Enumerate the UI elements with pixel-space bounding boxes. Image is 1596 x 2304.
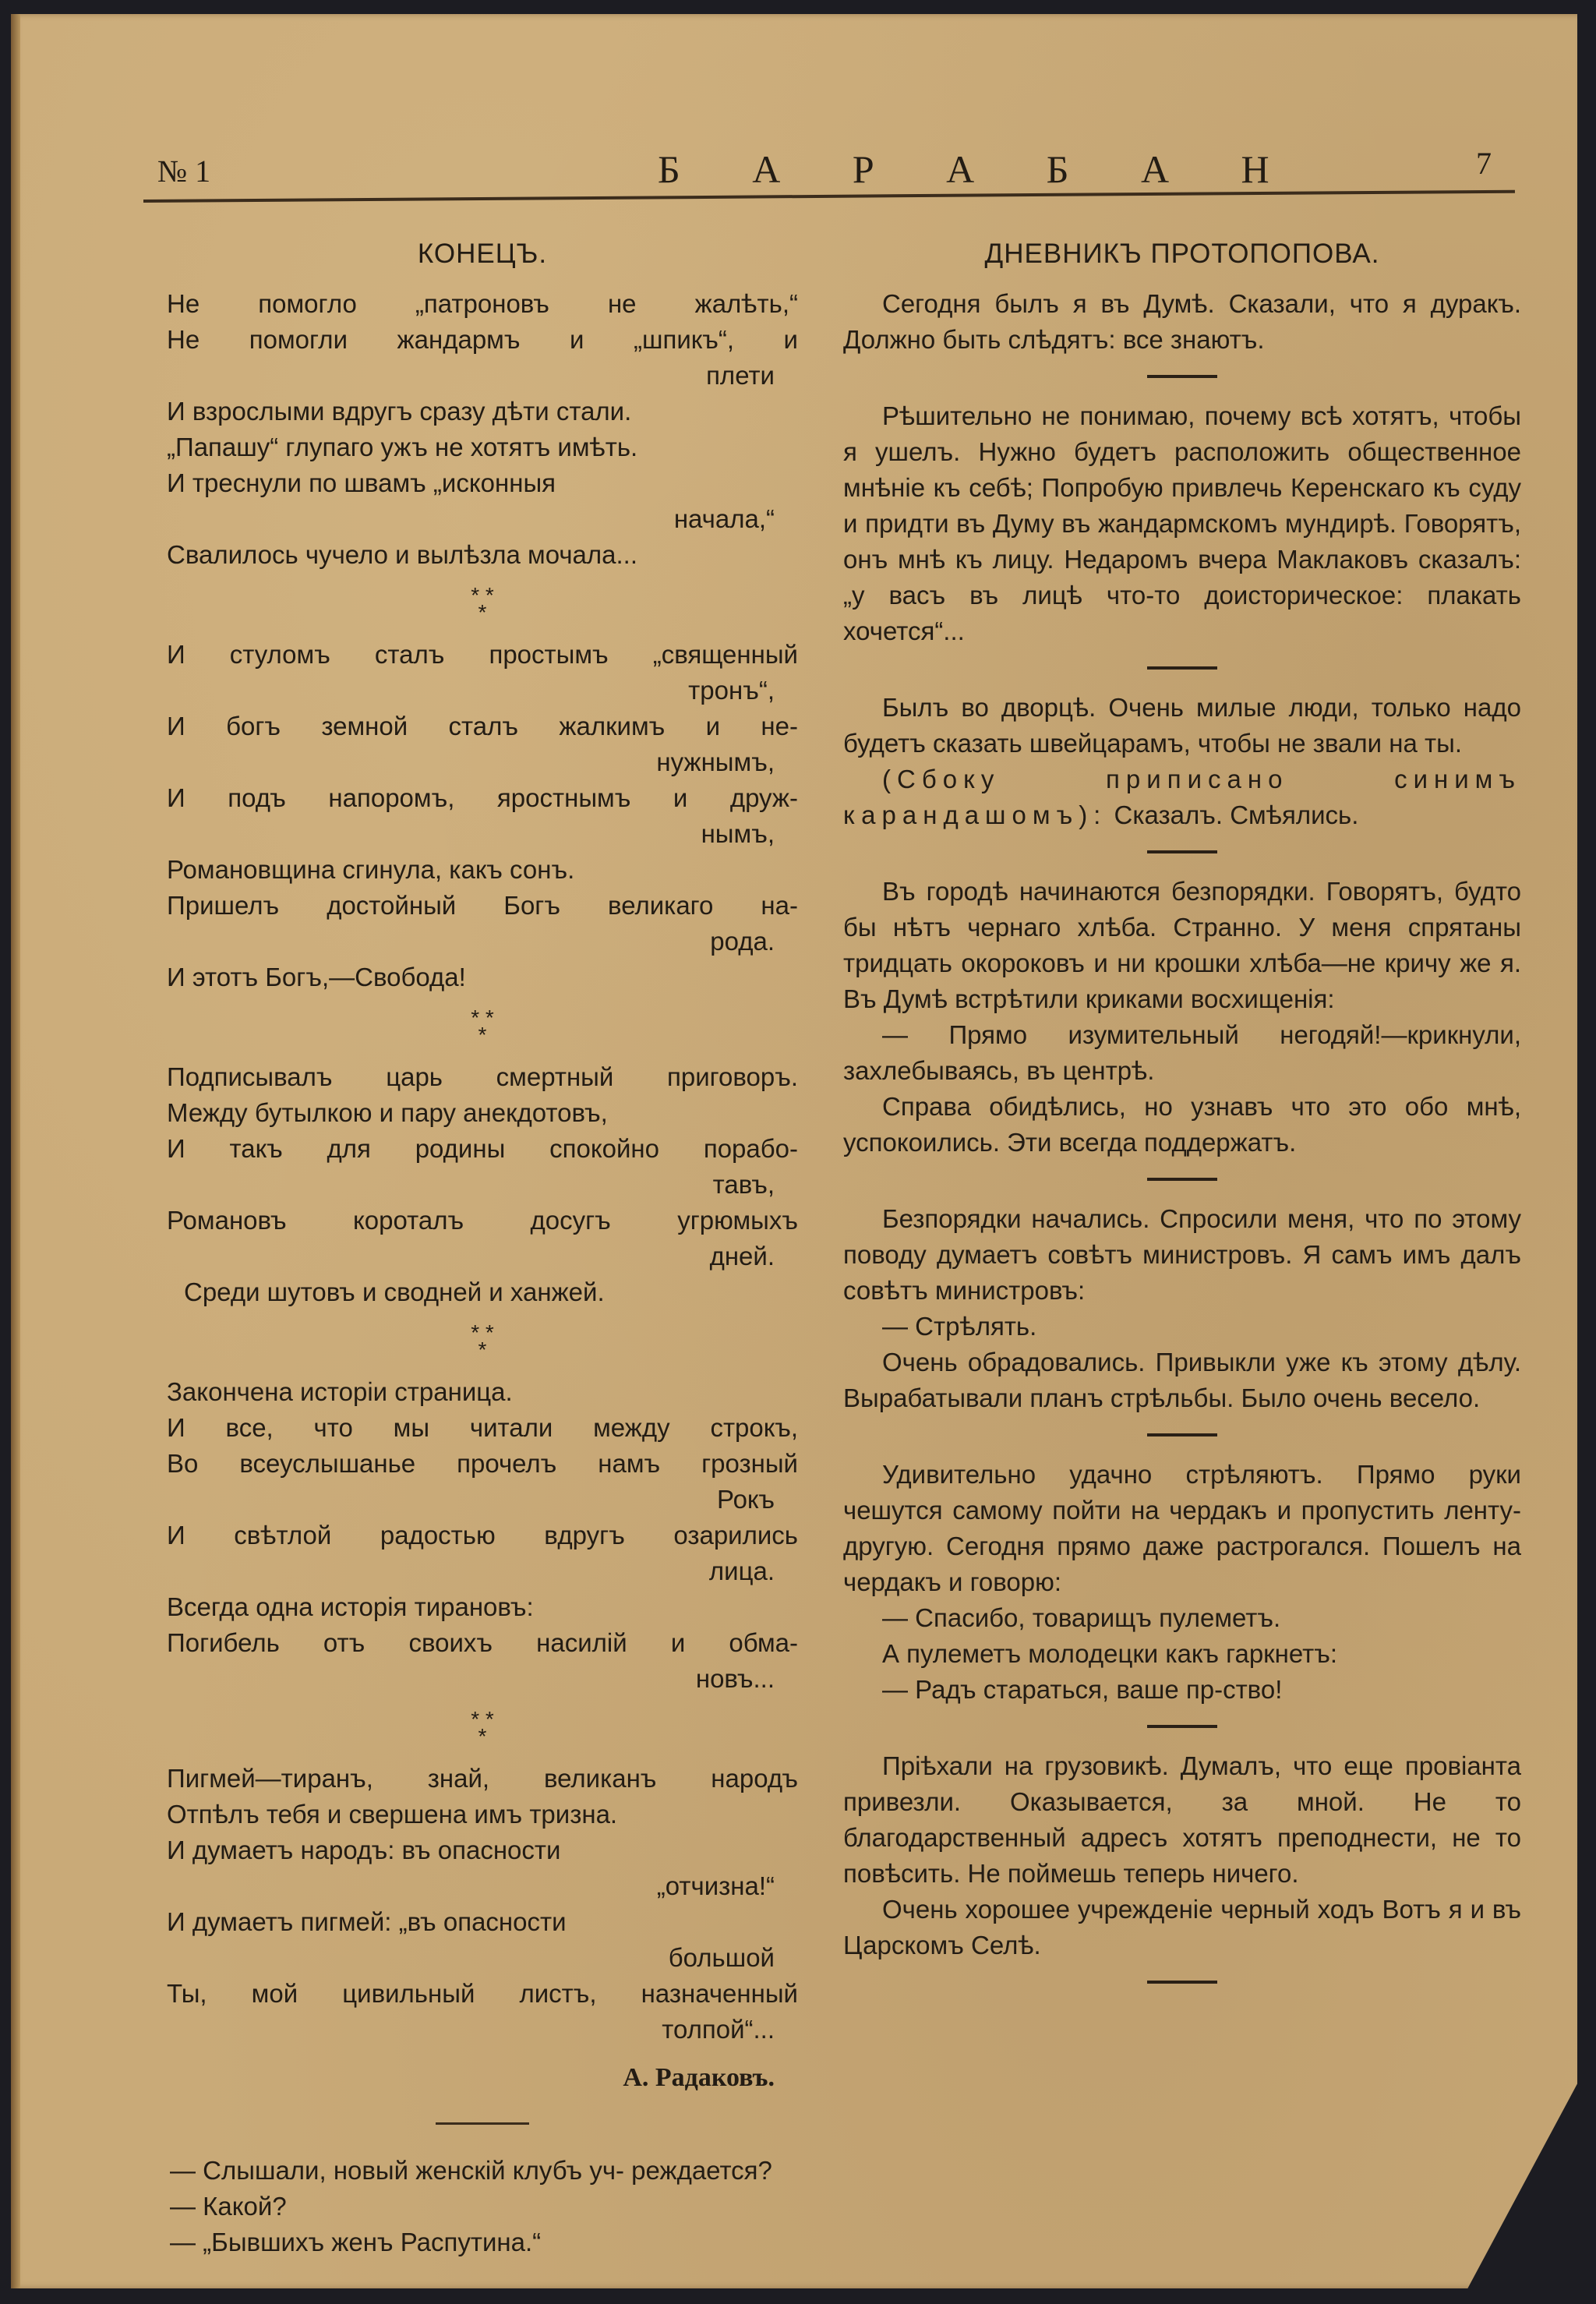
diary-title: ДНЕВНИКЪ ПРОТОПОПОВА. — [843, 236, 1521, 272]
diary-note: (Сбоку приписано синимъ карандашомъ): Ск… — [843, 762, 1521, 833]
poem-line-continuation: нужнымъ, — [167, 744, 798, 780]
poem-line: И такъ для родины спокойно порабо- — [167, 1131, 798, 1167]
diary-paragraph: — Прямо изумительный негодяй!—крикнули, … — [843, 1017, 1521, 1089]
poem-line: Во всеуслышанье прочелъ намъ грозный — [167, 1446, 798, 1482]
issue-number: № 1 — [157, 153, 210, 189]
poem-line-continuation: тронъ“, — [167, 673, 798, 709]
note-tail: Сказалъ. Смѣялись. — [1107, 800, 1358, 829]
poem-line-continuation: тавъ, — [167, 1167, 798, 1203]
diary-paragraph: Былъ во дворцѣ. Очень милые люди, только… — [843, 690, 1521, 762]
entry-divider — [1147, 1725, 1217, 1728]
poem-line: Пигмей—тиранъ, знай, великанъ народъ — [167, 1761, 798, 1797]
entry-divider — [1147, 1981, 1217, 1984]
poem-line: Ты, мой цивильный листъ, назначенный — [167, 1976, 798, 2012]
poem-line: Романовъ короталъ досугъ угрюмыхъ — [167, 1203, 798, 1239]
poem-line: Всегда одна исторія тирановъ: — [167, 1589, 798, 1625]
poem-author: А. Радаковъ. — [167, 2060, 798, 2096]
diary-entry-7: Пріѣхали на грузовикѣ. Думалъ, что еще п… — [843, 1748, 1521, 1963]
diary-paragraph: А пулеметъ молодецки какъ гаркнетъ: — [843, 1636, 1521, 1672]
poem-line: И этотъ Богъ,—Свобода! — [167, 959, 798, 995]
poem-line-continuation: начала,“ — [167, 501, 798, 537]
asterism-divider: * ** — [167, 1009, 798, 1044]
poem-line: Отпѣлъ тебя и свершена имъ тризна. — [167, 1797, 798, 1832]
poem-line: Пришелъ достойный Богъ великаго на- — [167, 888, 798, 924]
poem-stanza-1: Не помогло „патроновъ не жалѣть,“ Не пом… — [167, 286, 798, 573]
diary-paragraph: Очень обрадовались. Привыкли уже къ этом… — [843, 1345, 1521, 1416]
diary-paragraph: — Стрѣлять. — [843, 1309, 1521, 1345]
left-column: КОНЕЦЪ. Не помогло „патроновъ не жалѣть,… — [167, 236, 798, 2260]
asterism-divider: * ** — [167, 1711, 798, 1745]
joke-line: — Слышали, новый женскій клубъ уч- режда… — [139, 2153, 798, 2189]
poem-line-continuation: толпой“... — [167, 2012, 798, 2048]
poem-line-continuation: Рокъ — [167, 1482, 798, 1518]
poem-line-continuation: большой — [167, 1940, 798, 1976]
poem-line-continuation: новъ... — [167, 1661, 798, 1697]
poem-line-continuation: нымъ, — [167, 816, 798, 852]
poem-line: И стуломъ сталъ простымъ „священный — [167, 637, 798, 673]
diary-entry-3: Былъ во дворцѣ. Очень милые люди, только… — [843, 690, 1521, 833]
poem-line: Закончена исторіи страница. — [167, 1374, 798, 1410]
masthead-title: Б А Р А Б А Н — [658, 147, 1301, 192]
diary-paragraph: — Спасибо, товарищъ пулеметъ. — [843, 1600, 1521, 1636]
entry-divider — [1147, 850, 1217, 853]
diary-paragraph: Рѣшительно не понимаю, почему всѣ хотятъ… — [843, 398, 1521, 649]
asterism-divider: * ** — [167, 587, 798, 621]
poem-line: Подписывалъ царь смертный приговоръ. — [167, 1059, 798, 1095]
diary-paragraph: Въ городѣ начинаются безпорядки. Говорят… — [843, 874, 1521, 1017]
page-edge — [11, 14, 20, 2288]
poem-line-continuation: лица. — [167, 1553, 798, 1589]
poem-line: И думаетъ пигмей: „въ опасности — [167, 1904, 798, 1940]
poem-title: КОНЕЦЪ. — [167, 236, 798, 272]
diary-entry-5: Безпорядки начались. Спросили меня, что … — [843, 1201, 1521, 1416]
joke-line: — Какой? — [139, 2189, 798, 2224]
diary-paragraph: Безпорядки начались. Спросили меня, что … — [843, 1201, 1521, 1309]
diary-entry-6: Удивительно удачно стрѣляютъ. Прямо руки… — [843, 1457, 1521, 1708]
entry-divider — [1147, 1178, 1217, 1181]
asterism-divider: * ** — [167, 1324, 798, 1359]
entry-divider — [1147, 375, 1217, 378]
poem-line: И богъ земной сталъ жалкимъ и не- — [167, 709, 798, 744]
poem-stanza-4: Закончена исторіи страница. И все, что м… — [167, 1374, 798, 1697]
entry-divider — [1147, 666, 1217, 670]
poem-line-continuation: рода. — [167, 924, 798, 959]
section-divider — [436, 2122, 529, 2125]
poem-line: И взрослыми вдругъ сразу дѣти стали. — [167, 394, 798, 429]
poem-line: Не помогло „патроновъ не жалѣть,“ — [167, 286, 798, 322]
poem-line: Между бутылкою и пару анекдотовъ, — [167, 1095, 798, 1131]
joke-dialogue: — Слышали, новый женскій клубъ уч- режда… — [139, 2153, 798, 2260]
poem-line: Погибель отъ своихъ насилій и обма- — [167, 1625, 798, 1661]
diary-entry-2: Рѣшительно не понимаю, почему всѣ хотятъ… — [843, 398, 1521, 649]
diary-paragraph: Справа обидѣлись, но узнавъ что это обо … — [843, 1089, 1521, 1161]
diary-entry-1: Сегодня былъ я въ Думѣ. Сказали, что я д… — [843, 286, 1521, 358]
joke-line: — „Бывшихъ женъ Распутина.“ — [139, 2224, 798, 2260]
poem-line: Свалилось чучело и вылѣзла мочала... — [167, 537, 798, 573]
diary-paragraph: Очень хорошее учрежденіе черный ходъ Вот… — [843, 1892, 1521, 1963]
diary-paragraph: Удивительно удачно стрѣляютъ. Прямо руки… — [843, 1457, 1521, 1600]
poem-line: И все, что мы читали между строкъ, — [167, 1410, 798, 1446]
poem-stanza-2: И стуломъ сталъ простымъ „священный трон… — [167, 637, 798, 995]
poem-line-continuation: „отчизна!“ — [167, 1868, 798, 1904]
poem-line: Не помогли жандармъ и „шпикъ“, и — [167, 322, 798, 358]
diary-paragraph: — Радъ стараться, ваше пр-ство! — [843, 1672, 1521, 1708]
diary-paragraph: Пріѣхали на грузовикѣ. Думалъ, что еще п… — [843, 1748, 1521, 1892]
poem-line: И подъ напоромъ, яростнымъ и друж- — [167, 780, 798, 816]
entry-divider — [1147, 1433, 1217, 1436]
diary-paragraph: Сегодня былъ я въ Думѣ. Сказали, что я д… — [843, 286, 1521, 358]
poem-line: И свѣтлой радостью вдругъ озарились — [167, 1518, 798, 1553]
newspaper-page: № 1 Б А Р А Б А Н 7 КОНЕЦЪ. Не помогло „… — [11, 14, 1577, 2288]
poem-line: Романовщина сгинула, какъ сонъ. — [167, 852, 798, 888]
poem-stanza-3: Подписывалъ царь смертный приговоръ. Меж… — [167, 1059, 798, 1310]
poem-line-continuation: дней. — [167, 1239, 798, 1274]
right-column: ДНЕВНИКЪ ПРОТОПОПОВА. Сегодня былъ я въ … — [843, 236, 1521, 2004]
diary-entry-4: Въ городѣ начинаются безпорядки. Говорят… — [843, 874, 1521, 1161]
poem-line-continuation: плети — [167, 358, 798, 394]
poem-line: И треснули по швамъ „исконныя — [167, 465, 798, 501]
poem-line: И думаетъ народъ: въ опасности — [167, 1832, 798, 1868]
page-number: 7 — [1476, 145, 1492, 182]
poem-line: Среди шутовъ и сводней и ханжей. — [167, 1274, 798, 1310]
poem-line: „Папашу“ глупаго ужъ не хотятъ имѣть. — [167, 429, 798, 465]
poem-stanza-5: Пигмей—тиранъ, знай, великанъ народъ Отп… — [167, 1761, 798, 2048]
